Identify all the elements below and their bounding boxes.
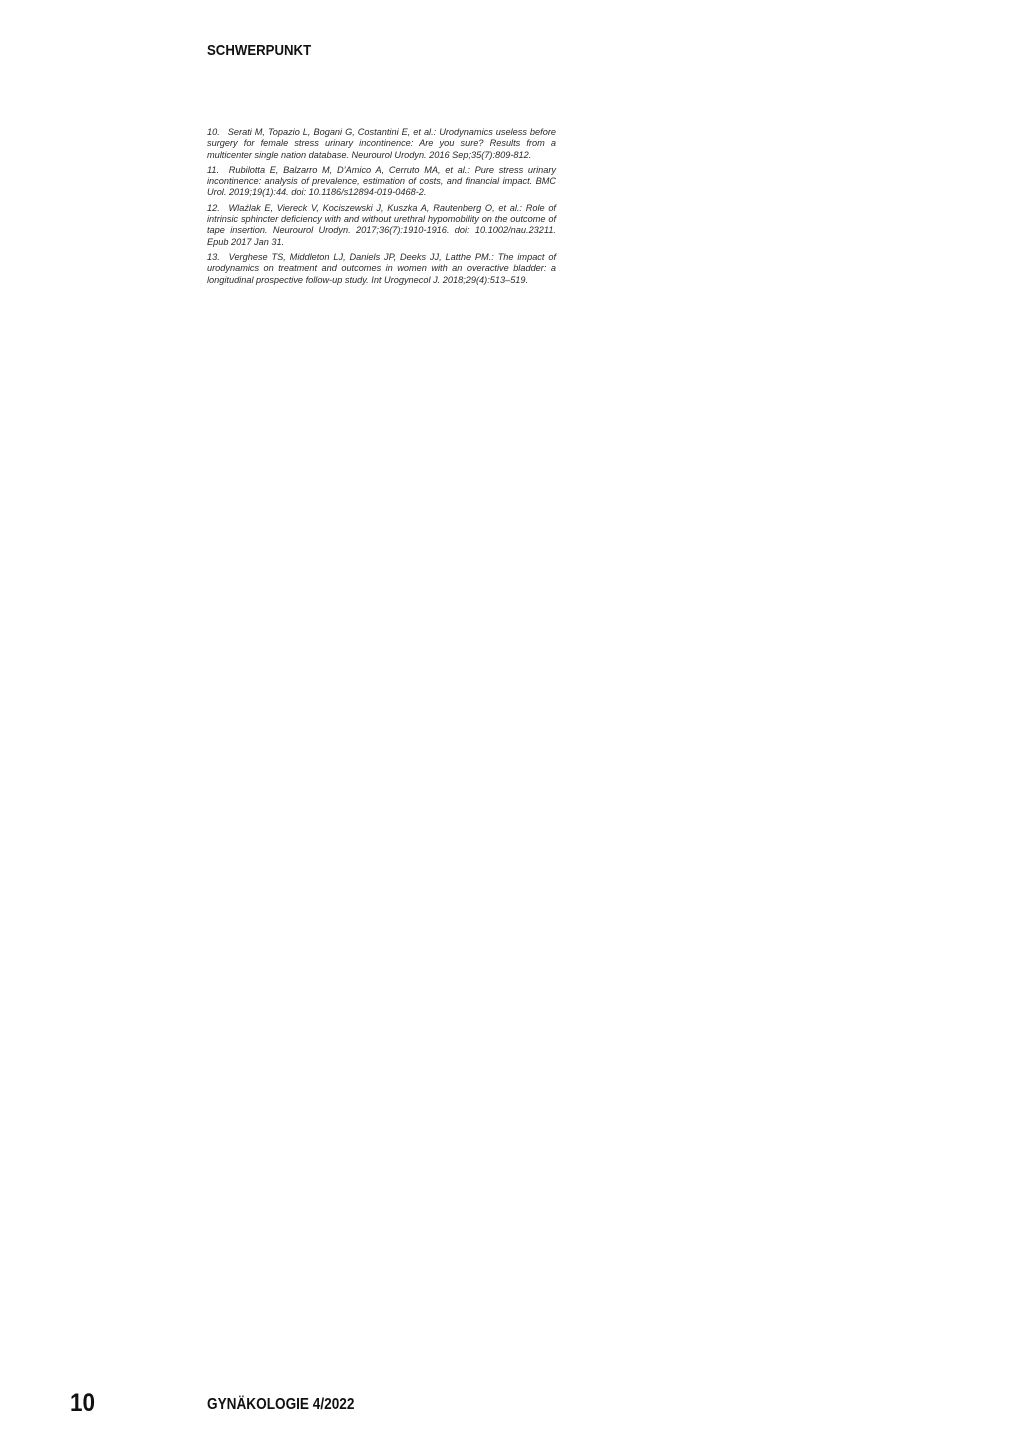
page-number: 10 [70,1389,95,1418]
reference-item: 11. Rubilotta E, Balzarro M, D’Amico A, … [207,165,556,199]
reference-number: 10. [207,127,220,137]
reference-text: Wlaźlak E, Viereck V, Kociszewski J, Kus… [207,203,556,247]
reference-number: 13. [207,252,220,262]
reference-text: Verghese TS, Middleton LJ, Daniels JP, D… [207,252,556,285]
section-header: SCHWERPUNKT [207,42,311,59]
reference-number: 12. [207,203,220,213]
journal-issue: GYNÄKOLOGIE 4/2022 [207,1396,354,1414]
reference-item: 13. Verghese TS, Middleton LJ, Daniels J… [207,252,556,286]
reference-text: Rubilotta E, Balzarro M, D’Amico A, Cerr… [207,165,556,198]
reference-text: Serati M, Topazio L, Bogani G, Costantin… [207,127,556,160]
reference-list: 10. Serati M, Topazio L, Bogani G, Costa… [207,127,556,290]
reference-item: 12. Wlaźlak E, Viereck V, Kociszewski J,… [207,203,556,248]
reference-number: 11. [207,165,219,175]
reference-item: 10. Serati M, Topazio L, Bogani G, Costa… [207,127,556,161]
